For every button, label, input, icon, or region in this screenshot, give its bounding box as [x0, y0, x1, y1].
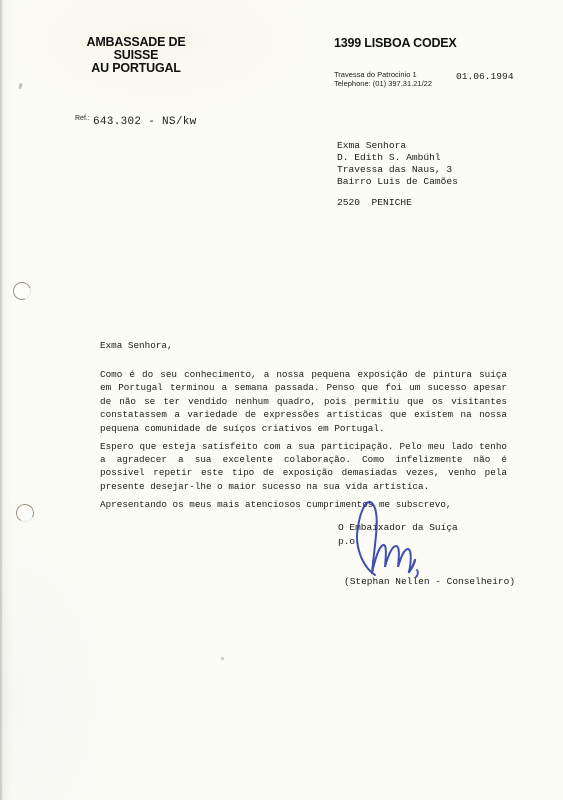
scan-speck: [18, 83, 22, 90]
letterhead-telephone: Telephone: (01) 397.31.21/22: [334, 79, 432, 88]
text-line: presente desejar-lhe o maior sucesso na …: [100, 480, 507, 493]
letterhead-postal-city: 1399 LISBOA CODEX: [334, 37, 457, 50]
recipient-postal-city: 2520 PENICHE: [337, 197, 412, 208]
text-line: Como é do seu conhecimento, a nossa pequ…: [100, 368, 507, 381]
letter-page: AMBASSADE DE SUISSE AU PORTUGAL 1399 LIS…: [0, 0, 563, 800]
text-line: Exma Senhora: [337, 140, 458, 152]
reference-number: 643.302 - NS/kw: [93, 116, 197, 128]
text-line: pequena comunidade de suíços criativos e…: [100, 422, 507, 435]
letterhead-org-line2: AU PORTUGAL: [72, 62, 200, 75]
paragraph-1: Como é do seu conhecimento, a nossa pequ…: [100, 368, 507, 435]
text-line: Apresentando os meus mais atenciosos cum…: [100, 498, 507, 511]
text-line: possível repetir este tipo de exposição …: [100, 466, 507, 479]
salutation: Exma Senhora,: [100, 340, 173, 351]
text-line: a agradecer a sua excelente colaboração.…: [100, 453, 507, 466]
signature-ink: [351, 497, 425, 581]
text-line: de não se ter vendido nenhum quadro, poi…: [100, 395, 507, 408]
text-line: constatassem a variedade de expressões a…: [100, 408, 507, 421]
hole-punch-ring-top: [10, 279, 34, 303]
letter-date: 01.06.1994: [456, 71, 514, 82]
recipient-address: Exma SenhoraD. Edith S. AmbühlTravessa d…: [337, 140, 458, 188]
letter-body: Como é do seu conhecimento, a nossa pequ…: [100, 368, 507, 516]
scan-speck: [221, 657, 224, 660]
text-line: em Portugal terminou a semana passada. P…: [100, 381, 507, 394]
paragraph-2: Espero que esteja satisfeito com a sua p…: [100, 440, 507, 494]
reference-label: Ref.:: [75, 115, 90, 122]
letterhead-street: Travessa do Patrocinio 1: [334, 70, 432, 79]
signer-name: (Stephan Nellen - Conselheiro): [344, 576, 515, 587]
paragraph-3: Apresentando os meus mais atenciosos cum…: [100, 498, 507, 511]
text-line: Travessa das Naus, 3: [337, 164, 458, 176]
letterhead-address: Travessa do Patrocinio 1 Telephone: (01)…: [334, 70, 432, 88]
letterhead-org-line1: AMBASSADE DE SUISSE: [72, 36, 200, 62]
text-line: Espero que esteja satisfeito com a sua p…: [100, 440, 507, 453]
text-line: D. Edith S. Ambühl: [337, 152, 458, 164]
scan-edge-shadow: [0, 0, 2, 800]
text-line: Bairro Luis de Camões: [337, 176, 458, 188]
hole-punch-ring-bottom: [14, 502, 36, 524]
letterhead-organization: AMBASSADE DE SUISSE AU PORTUGAL: [72, 36, 200, 75]
